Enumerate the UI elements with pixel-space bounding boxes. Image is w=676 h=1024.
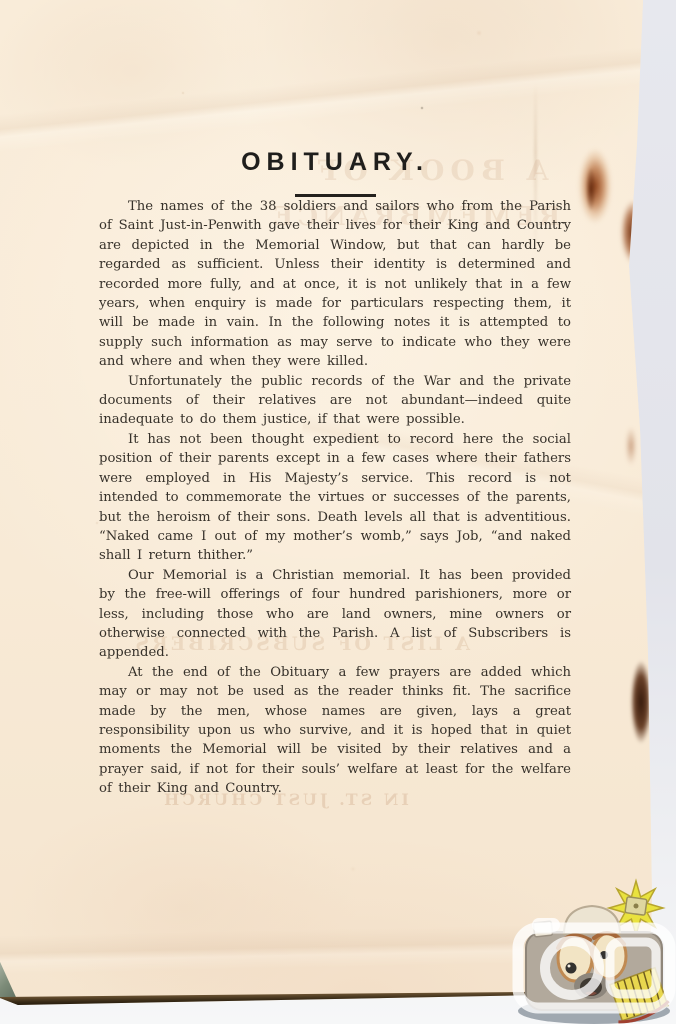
printed-text-block: OBITUARY. The names of the 38 soldiers a… bbox=[99, 0, 571, 799]
rust-stain bbox=[628, 650, 654, 754]
rust-stain bbox=[624, 420, 638, 472]
foxing-specks bbox=[0, 0, 2, 2]
scanned-document-page: { "document": { "title": "OBITUARY.", "p… bbox=[0, 0, 676, 1024]
paragraph: It has not been thought expedient to rec… bbox=[99, 430, 571, 566]
paragraph: Unfortunately the public records of the … bbox=[99, 372, 571, 430]
paper-page: A BOOK OF REMEMBRANCE A LIST OF SUBSCRIB… bbox=[0, 0, 656, 1008]
cartoon-camera-watermark-icon bbox=[512, 878, 676, 1024]
page-title: OBITUARY. bbox=[99, 148, 571, 177]
rust-stain bbox=[617, 190, 649, 274]
rust-stain bbox=[574, 138, 616, 234]
paragraph: The names of the 38 soldiers and sailors… bbox=[99, 197, 571, 372]
paragraph: At the end of the Obituary a few prayers… bbox=[99, 663, 571, 799]
rust-stain bbox=[584, 160, 598, 218]
paragraph: Our Memorial is a Christian memorial. It… bbox=[99, 566, 571, 663]
